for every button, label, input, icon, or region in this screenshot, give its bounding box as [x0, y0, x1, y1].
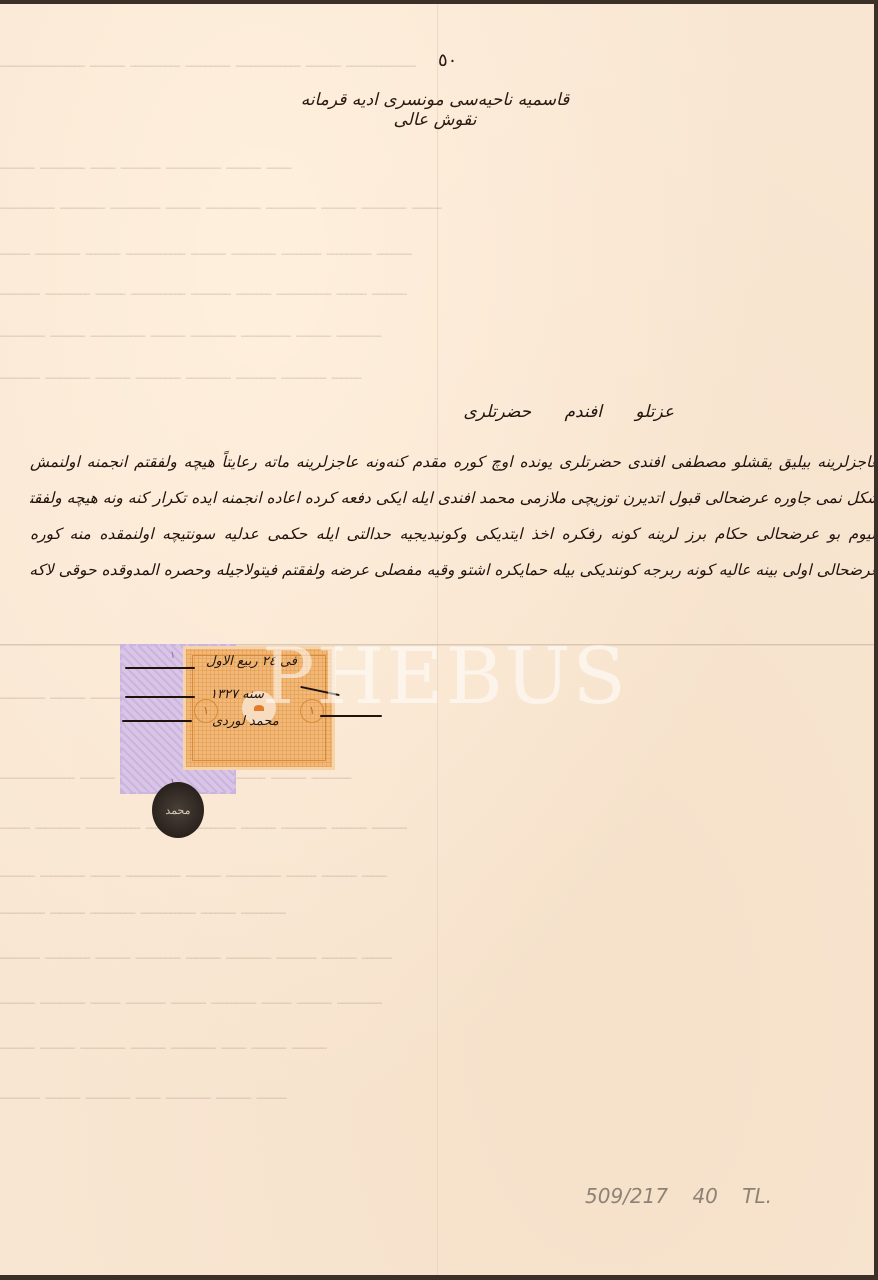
bleedthrough-text: ـــــــــــ ـــــــــ ــــــــــ ـــــــ… — [0, 194, 874, 214]
bleedthrough-text: ــــــ ـــــــــ ـــــــ ــــــــــــ ــ… — [0, 240, 874, 260]
document-page: ـــــــــــــــــ ـــــــ ــــــــــ ـــ… — [0, 4, 874, 1275]
archive-reference: 509/217 — [585, 1184, 668, 1208]
bleedthrough-text: ــــــ ـــــــــ ـــــــــــ ـــــــ ـــ… — [0, 814, 874, 834]
body-line: عرضحالی اولی بینه عالیه کونه ربرجه کونند… — [30, 552, 874, 588]
bleedthrough-text: ـــــــ ـــــــــ ـــــ ــــــــ ـــــــ… — [0, 154, 874, 174]
folio-number: ٥٠ — [438, 50, 457, 71]
bleedthrough-text: ـــــــــ ـــــــ ـــــــــــ ـــــــ ــ… — [0, 322, 874, 342]
stamp-denomination: ١ — [170, 650, 175, 661]
seal-inscription: محمد — [165, 804, 190, 817]
archive-price: 40 TL. — [692, 1184, 772, 1208]
bleedthrough-text: ــــــــ ـــــــــ ـــــــ ـــــــــ ـــ… — [0, 944, 874, 964]
bleedthrough-text: ــــــــ ـــــــــ ــــــ ـــــــــــ ــ… — [0, 280, 874, 300]
cancellation-line — [125, 696, 195, 698]
cancellation-line — [125, 667, 195, 669]
body-line: عاجزلرینه بیلیق یقشلو مصطفی افندی حضرتلر… — [30, 444, 874, 480]
watermark: PHEBUS — [262, 632, 628, 722]
cancellation-line — [122, 720, 192, 722]
ink-seal: محمد — [152, 782, 204, 838]
archive-pencil-note: 509/217 40 TL. — [585, 1184, 772, 1208]
document-heading: قاسمیه ناحیه‌سی مونسری ادیه قرمانه نقوش … — [300, 90, 570, 130]
body-line: شکل نمی جاوره عرضحالی قبول اتدیرن توزیچی… — [30, 480, 874, 516]
salutation: عزتلو افندم حضرتلری — [463, 402, 674, 422]
bleedthrough-text: ــــــــ ـــــــــ ـــــــ ـــــــــ ـــ… — [0, 364, 874, 384]
bleedthrough-text: ـــــــ ـــــــــ ــــــ ـــــــــــ ـــ… — [0, 862, 874, 882]
bleedthrough-text: ـــــــــــــــــ ـــــــ ــــــــــ ـــ… — [0, 52, 874, 72]
bleedthrough-text: ـــــــــ ـــــــ ـــــــــ ـــــــــــ … — [0, 899, 874, 919]
bleedthrough-text: ــــــــ ـــــــ ـــــــــ ـــــ ـــــــ… — [0, 1084, 874, 1104]
body-line: الیوم بو عرضحالی حکام برز لرینه کونه رفک… — [30, 516, 874, 552]
bleedthrough-text: ـــــــ ـــــــــ ــــــ ــــــــ ــــــ… — [0, 989, 874, 1009]
cancellation-text: سنه ١٣٢٧ — [210, 687, 264, 702]
bleedthrough-text: ـــــــ ـــــــ ـــــــــ ـــــــ ــــــ… — [0, 1034, 874, 1054]
petition-body: عاجزلرینه بیلیق یقشلو مصطفی افندی حضرتلر… — [30, 444, 874, 588]
